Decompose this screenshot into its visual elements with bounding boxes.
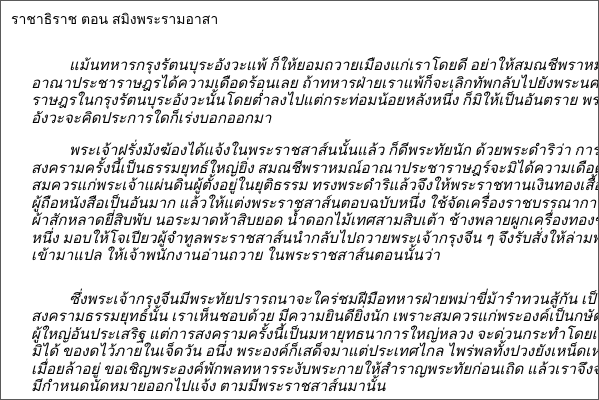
text-line: สงครามครั้งนี้เป็นธรรมยุทธ์ใหญ่ยิ่ง สมณช… xyxy=(31,161,572,179)
text-line: ผ้าสักหลาดยี่สิบพับ นอระมาดห้าสิบยอด น้ำ… xyxy=(31,213,572,231)
text-line: มิได้ ของดไว้ภายในเจ็ดวัน อนึ่ง พระองค์ก… xyxy=(31,344,572,362)
text-line: เข้ามาแปล ให้เจ้าพนักงานอ่านถวาย ในพระรา… xyxy=(31,248,572,266)
text-line: ซึ่งพระเจ้ากรุงจีนมีพระทัยปรารถนาจะใคร่ช… xyxy=(31,292,572,310)
document-page: ราชาธิราช ตอน สมิงพระรามอาสา แม้นทหารกรุ… xyxy=(0,0,599,400)
document-body: แม้นทหารกรุงรัตนบุระอังวะแพ้ ก็ให้ยอมถวา… xyxy=(31,58,572,397)
text-line: ผู้ใหญ่อันประเสริฐ แต่การสงครามครั้งนี้เ… xyxy=(31,327,572,345)
text-line: หนึ่ง มอบให้โจเปียวผู้จำทูลพระราชสาส์นนำ… xyxy=(31,231,572,249)
page-title: ราชาธิราช ตอน สมิงพระรามอาสา xyxy=(11,9,572,31)
text-line: พระเจ้าฝรั่งมังฆ้องได้แจ้งในพระราชสาส์นน… xyxy=(31,143,572,161)
text-line: แม้นทหารกรุงรัตนบุระอังวะแพ้ ก็ให้ยอมถวา… xyxy=(31,58,572,76)
paragraph-2: พระเจ้าฝรั่งมังฆ้องได้แจ้งในพระราชสาส์นน… xyxy=(31,143,572,266)
paragraph-3: ซึ่งพระเจ้ากรุงจีนมีพระทัยปรารถนาจะใคร่ช… xyxy=(31,292,572,397)
text-line: ผู้ถือหนังสือเป็นอันมาก แล้วให้แต่งพระรา… xyxy=(31,196,572,214)
text-line: มีกำหนดนัดหมายออกไปแจ้ง ตามมีพระราชสาส์น… xyxy=(31,379,572,397)
text-line: อังวะจะคิดประการใดก็เร่งบอกออกมา xyxy=(31,111,572,129)
text-line: ราษฎรในกรุงรัตนบุระอังวะนั้นโดยต่ำลงไปแต… xyxy=(31,93,572,111)
text-line: สมควรแก่พระเจ้าแผ่นดินผู้ตั้งอยู่ในยุติธ… xyxy=(31,178,572,196)
text-line: อาณาประชาราษฎรได้ความเดือดร้อนเลย ถ้าทหา… xyxy=(31,76,572,94)
paragraph-1: แม้นทหารกรุงรัตนบุระอังวะแพ้ ก็ให้ยอมถวา… xyxy=(31,58,572,128)
text-line: เมื่อยล้าอยู่ ขอเชิญพระองค์พักพลทหารระงั… xyxy=(31,362,572,380)
text-line: สงครามธรรมยุทธ์นั้น เราเห็นชอบด้วย มีควา… xyxy=(31,309,572,327)
